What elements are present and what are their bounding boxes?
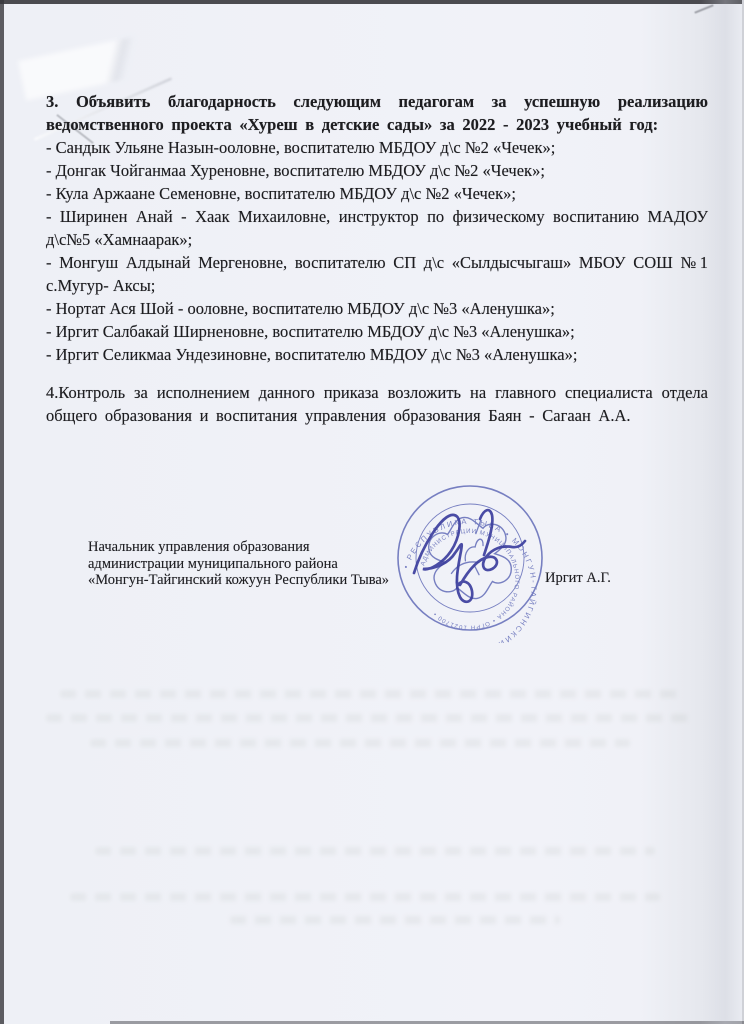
bleedthrough-text-line	[60, 690, 680, 698]
paragraph-3-heading: 3. Объявить благодарность следующим педа…	[46, 90, 708, 136]
teacher-list-item: - Монгуш Алдынай Мергеновне, воспитателю…	[46, 251, 708, 297]
paper-crease-fold	[18, 20, 222, 101]
paragraph-3-block: 3. Объявить благодарность следующим педа…	[46, 90, 708, 366]
scan-edge-top	[0, 0, 744, 4]
signatory-title-line: Начальник управления образования	[88, 539, 488, 556]
teacher-list-item: - Сандык Ульяне Назын-ооловне, воспитате…	[46, 136, 708, 159]
bleedthrough-text-line	[230, 916, 560, 924]
bleedthrough-text-line	[70, 893, 660, 901]
bleedthrough-text-line	[90, 739, 630, 747]
scan-edge-left	[0, 0, 4, 1024]
scanned-document-page: 3. Объявить благодарность следующим педа…	[0, 0, 744, 1024]
teacher-list-item: - Кула Аржаане Семеновне, воспитателю МБ…	[46, 182, 708, 205]
teacher-list-item: - Иргит Селикмаа Ундезиновне, воспитател…	[46, 343, 708, 366]
bleedthrough-text-line	[46, 714, 696, 722]
paragraph-4: 4.Контроль за исполнением данного приказ…	[46, 381, 708, 427]
bleedthrough-text-line	[95, 847, 655, 855]
signatory-title-line: «Монгун-Тайгинский кожуун Республики Тыв…	[88, 572, 488, 589]
teacher-list-item: - Нортат Ася Шой - ооловне, воспитателю …	[46, 297, 708, 320]
signatory-name: Иргит А.Г.	[545, 570, 611, 587]
teacher-list-item: - Ширинен Анай - Хаак Михаиловне, инстру…	[46, 205, 708, 251]
signatory-title-block: Начальник управления образования админис…	[88, 539, 488, 589]
teacher-list-item: - Иргит Салбакай Ширненовне, воспитателю…	[46, 320, 708, 343]
teacher-list-item: - Донгак Чойганмаа Хуреновне, воспитател…	[46, 159, 708, 182]
signatory-title-line: администрации муниципального района	[88, 556, 488, 573]
